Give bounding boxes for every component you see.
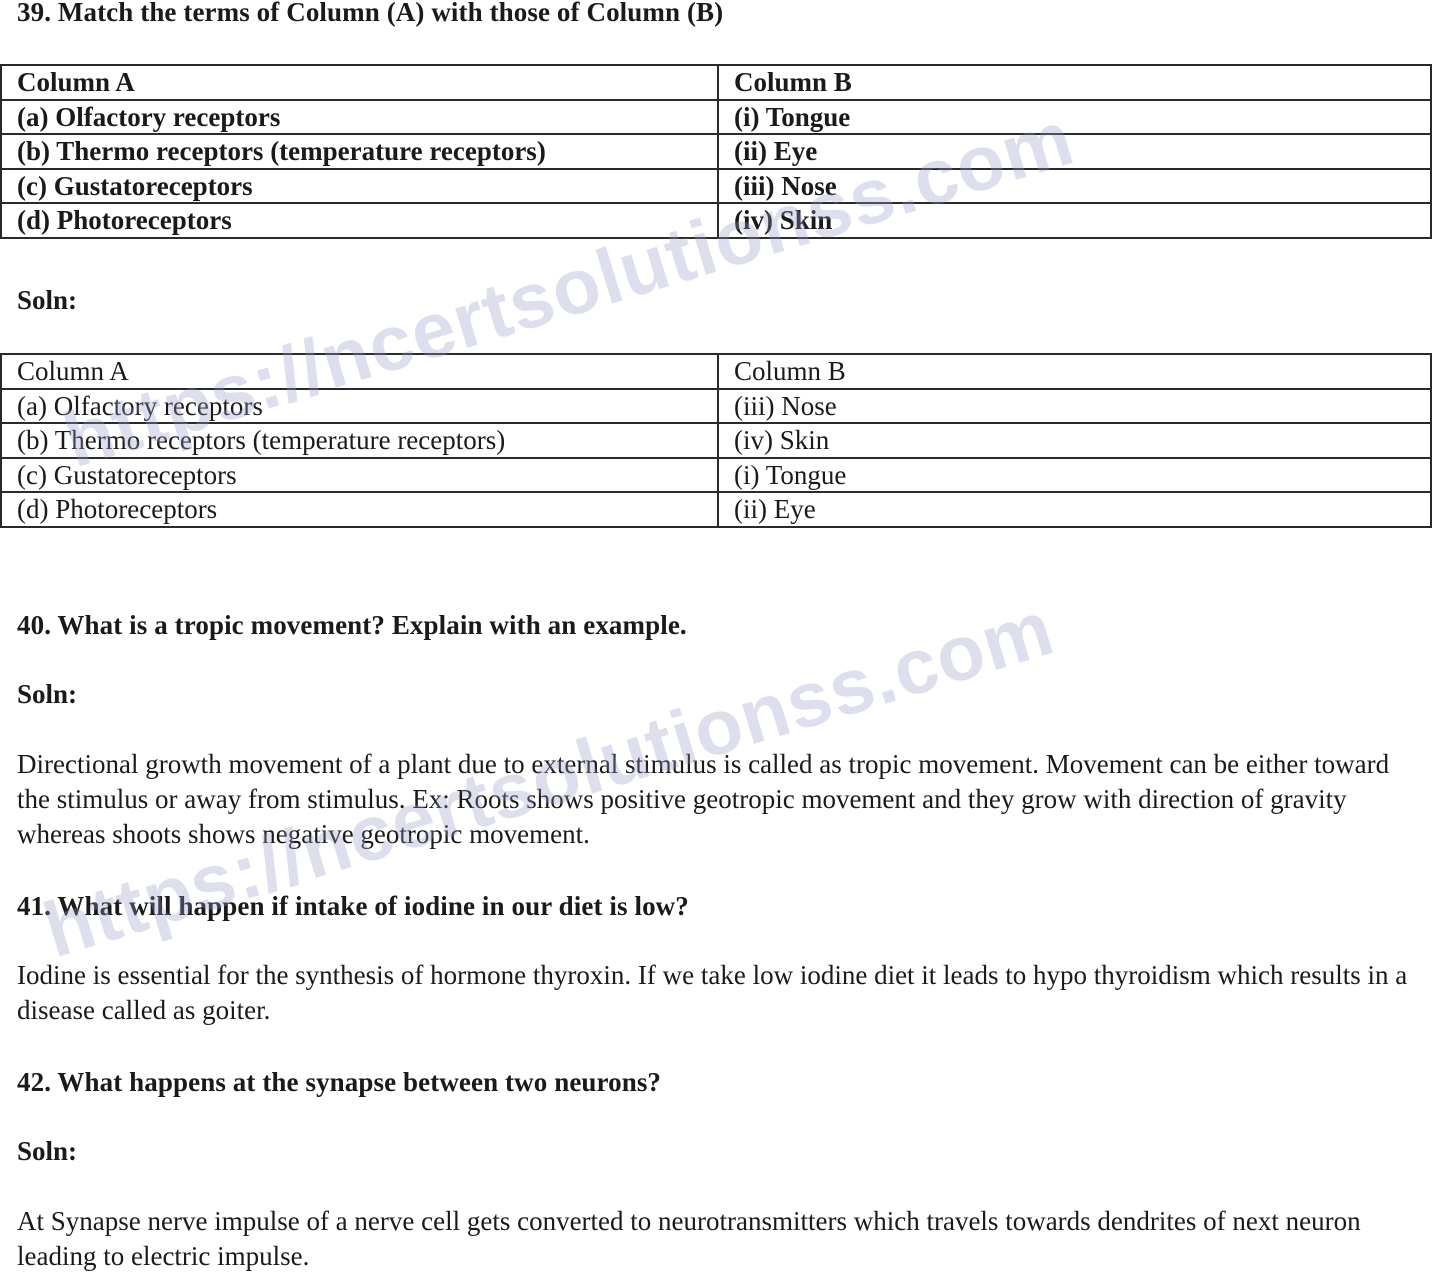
column-b-cell: (iii) Nose <box>718 169 1431 204</box>
column-a-cell: (c) Gustatoreceptors <box>1 169 718 204</box>
column-a-cell: (b) Thermo receptors (temperature recept… <box>1 423 718 458</box>
column-a-cell: (d) Photoreceptors <box>1 492 718 527</box>
question-40-answer: Directional growth movement of a plant d… <box>17 747 1417 852</box>
column-b-cell: (ii) Eye <box>718 492 1431 527</box>
question-40-heading: 40. What is a tropic movement? Explain w… <box>17 609 687 641</box>
column-b-cell: (iv) Skin <box>718 423 1431 458</box>
column-b-cell: (iv) Skin <box>718 203 1431 238</box>
column-a-header: Column A <box>1 65 718 100</box>
table-row: (b) Thermo receptors (temperature recept… <box>1 423 1431 458</box>
column-a-cell: (d) Photoreceptors <box>1 203 718 238</box>
column-a-cell: (c) Gustatoreceptors <box>1 458 718 493</box>
table-row: (a) Olfactory receptors (iii) Nose <box>1 389 1431 424</box>
table-row: (c) Gustatoreceptors (i) Tongue <box>1 458 1431 493</box>
table-row: (b) Thermo receptors (temperature recept… <box>1 134 1431 169</box>
table-row: (d) Photoreceptors (iv) Skin <box>1 203 1431 238</box>
table-row: (a) Olfactory receptors (i) Tongue <box>1 100 1431 135</box>
question-39-match-table: Column A Column B (a) Olfactory receptor… <box>0 64 1432 239</box>
column-b-cell: (i) Tongue <box>718 458 1431 493</box>
question-42-heading: 42. What happens at the synapse between … <box>17 1066 661 1098</box>
column-a-cell: (b) Thermo receptors (temperature recept… <box>1 134 718 169</box>
column-b-cell: (i) Tongue <box>718 100 1431 135</box>
question-40-soln-label: Soln: <box>17 678 77 710</box>
column-b-cell: (iii) Nose <box>718 389 1431 424</box>
question-39-answer-table: Column A Column B (a) Olfactory receptor… <box>0 353 1432 528</box>
column-b-cell: (ii) Eye <box>718 134 1431 169</box>
column-b-header: Column B <box>718 354 1431 389</box>
question-39-soln-label: Soln: <box>17 284 77 316</box>
column-a-cell: (a) Olfactory receptors <box>1 389 718 424</box>
column-b-header: Column B <box>718 65 1431 100</box>
table-header-row: Column A Column B <box>1 354 1431 389</box>
column-a-cell: (a) Olfactory receptors <box>1 100 718 135</box>
table-row: (c) Gustatoreceptors (iii) Nose <box>1 169 1431 204</box>
column-a-header: Column A <box>1 354 718 389</box>
question-41-answer: Iodine is essential for the synthesis of… <box>17 958 1417 1028</box>
question-42-soln-label: Soln: <box>17 1135 77 1167</box>
question-41-heading: 41. What will happen if intake of iodine… <box>17 890 689 922</box>
document-page: 39. Match the terms of Column (A) with t… <box>0 0 1432 1274</box>
question-42-answer: At Synapse nerve impulse of a nerve cell… <box>17 1204 1417 1274</box>
table-row: (d) Photoreceptors (ii) Eye <box>1 492 1431 527</box>
table-header-row: Column A Column B <box>1 65 1431 100</box>
question-39-heading: 39. Match the terms of Column (A) with t… <box>17 0 723 28</box>
